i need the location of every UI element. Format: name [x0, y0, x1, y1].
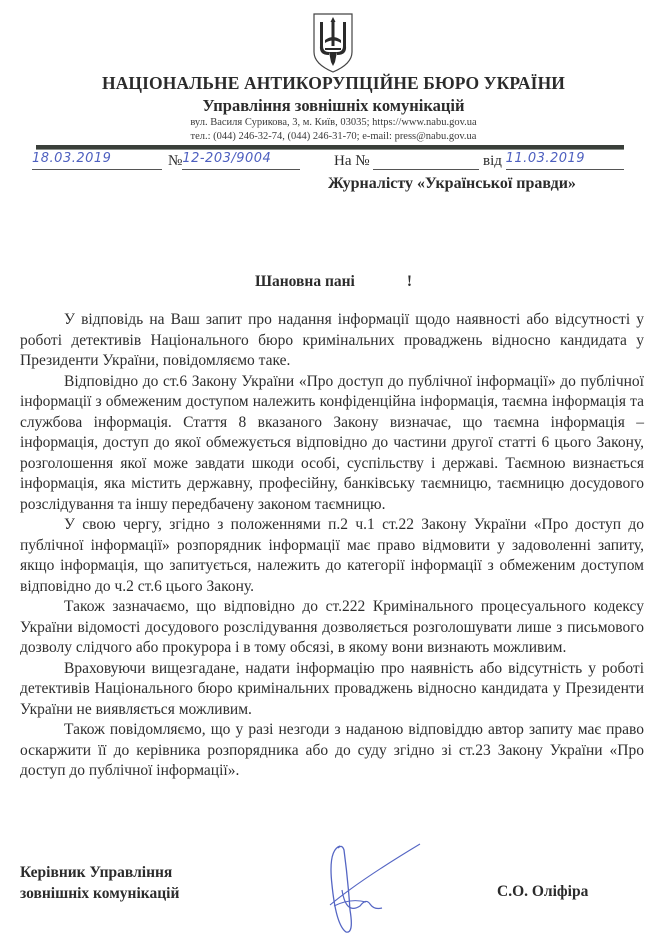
body-paragraph: У відповідь на Ваш запит про надання інф… [20, 310, 644, 372]
outgoing-date-field: 18.03.2019 [32, 151, 167, 173]
ukraine-trident-icon [311, 12, 355, 74]
contact-line: тел.: (044) 246-32-74, (044) 246-31-70; … [0, 131, 667, 142]
body-paragraph: Також зазначаємо, що відповідно до ст.22… [20, 597, 644, 659]
signatory-name: С.О. Оліфіра [497, 883, 588, 901]
signatory-title-line1: Керівник Управління [20, 862, 179, 883]
signatory-title: Керівник Управління зовнішніх комунікаці… [20, 862, 179, 904]
recipient: Журналісту «Української правди» [328, 175, 576, 193]
salutation-text: Шановна пані [255, 273, 355, 290]
body-paragraph: Враховуючи вищезгадане, надати інформаці… [20, 659, 644, 721]
reply-to-label: На № [334, 153, 370, 169]
outgoing-number-field: №12-203/9004 [168, 151, 306, 173]
reply-to-number [373, 151, 479, 170]
body-paragraph: У свою чергу, згідно з положеннями п.2 ч… [20, 515, 644, 597]
header-divider [36, 145, 624, 150]
body-paragraph: Відповідно до ст.6 Закону України «Про д… [20, 372, 644, 516]
salutation-exclamation: ! [407, 273, 412, 290]
outgoing-date: 18.03.2019 [32, 151, 162, 170]
number-prefix: № [168, 153, 182, 169]
body-paragraph: Також повідомляємо, що у разі незгоди з … [20, 720, 644, 782]
signatory-title-line2: зовнішніх комунікацій [20, 883, 179, 904]
reply-to-date: 11.03.2019 [506, 151, 624, 170]
handwritten-signature-icon [320, 840, 430, 935]
outgoing-number: 12-203/9004 [182, 151, 300, 170]
organization-name: НАЦІОНАЛЬНЕ АНТИКОРУПЦІЙНЕ БЮРО УКРАЇНИ [0, 73, 667, 94]
from-label: від [483, 153, 502, 169]
department-name: Управління зовнішніх комунікацій [0, 96, 667, 116]
salutation: Шановна пані! [0, 273, 667, 291]
address-line: вул. Василя Сурикова, 3, м. Київ, 03035;… [0, 117, 667, 128]
reply-to-number-field: На № [334, 151, 494, 173]
letter-body: У відповідь на Ваш запит про надання інф… [20, 310, 644, 782]
reply-to-date-field: від 11.03.2019 [483, 151, 633, 173]
